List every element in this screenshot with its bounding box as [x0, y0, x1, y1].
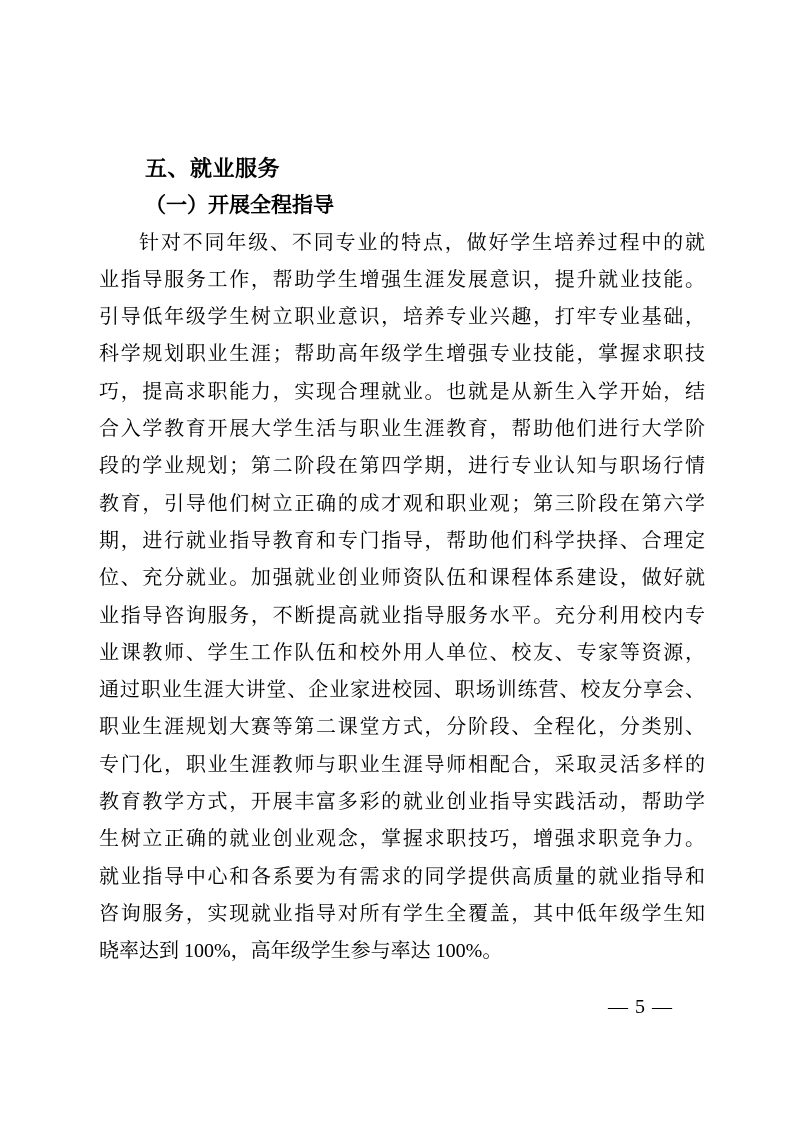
page-footer: — 5 —: [608, 995, 673, 1019]
body-line: 段的学业规划；第二阶段在第四学期，进行专业认知与职场行情: [99, 448, 705, 485]
body-line: 生树立正确的就业创业观念，掌握求职技巧，增强求职竞争力。: [99, 821, 705, 858]
page-number: — 5 —: [608, 996, 673, 1018]
body-line: 教育教学方式，开展丰富多彩的就业创业指导实践活动，帮助学: [99, 784, 705, 821]
body-line: 科学规划职业生涯；帮助高年级学生增强专业技能，掌握求职技: [99, 336, 705, 373]
body-line: 引导低年级学生树立职业意识，培养专业兴趣，打牢专业基础，: [99, 299, 705, 336]
body-line: 就业指导中心和各系要为有需求的同学提供高质量的就业指导和: [99, 859, 705, 896]
body-line: 专门化，职业生涯教师与职业生涯导师相配合，采取灵活多样的: [99, 747, 705, 784]
body-line: 针对不同年级、不同专业的特点，做好学生培养过程中的就: [99, 225, 705, 262]
body-line: 教育，引导他们树立正确的成才观和职业观；第三阶段在第六学: [99, 486, 705, 523]
body-line: 业指导咨询服务，不断提高就业指导服务水平。充分利用校内专: [99, 598, 705, 635]
body-line: 晓率达到 100%，高年级学生参与率达 100%。: [99, 933, 705, 970]
body-line: 职业生涯规划大赛等第二课堂方式，分阶段、全程化，分类别、: [99, 709, 705, 746]
body-line: 巧，提高求职能力，实现合理就业。也就是从新生入学开始，结: [99, 374, 705, 411]
body-line: 业课教师、学生工作队伍和校外用人单位、校友、专家等资源，: [99, 635, 705, 672]
body-line: 业指导服务工作，帮助学生增强生涯发展意识，提升就业技能。: [99, 262, 705, 299]
body-line: 咨询服务，实现就业指导对所有学生全覆盖，其中低年级学生知: [99, 896, 705, 933]
body-line: 位、充分就业。加强就业创业师资队伍和课程体系建设，做好就: [99, 560, 705, 597]
body-line: 通过职业生涯大讲堂、企业家进校园、职场训练营、校友分享会、: [99, 672, 705, 709]
document-page: 五、就业服务 （一）开展全程指导 针对不同年级、不同专业的特点，做好学生培养过程…: [0, 0, 793, 1122]
document-content: 五、就业服务 （一）开展全程指导 针对不同年级、不同专业的特点，做好学生培养过程…: [99, 150, 705, 971]
body-paragraph: 针对不同年级、不同专业的特点，做好学生培养过程中的就业指导服务工作，帮助学生增强…: [99, 225, 705, 971]
subsection-heading: （一）开展全程指导: [99, 187, 705, 224]
section-heading: 五、就业服务: [99, 150, 705, 187]
body-line: 合入学教育开展大学生活与职业生涯教育，帮助他们进行大学阶: [99, 411, 705, 448]
body-line: 期，进行就业指导教育和专门指导，帮助他们科学抉择、合理定: [99, 523, 705, 560]
